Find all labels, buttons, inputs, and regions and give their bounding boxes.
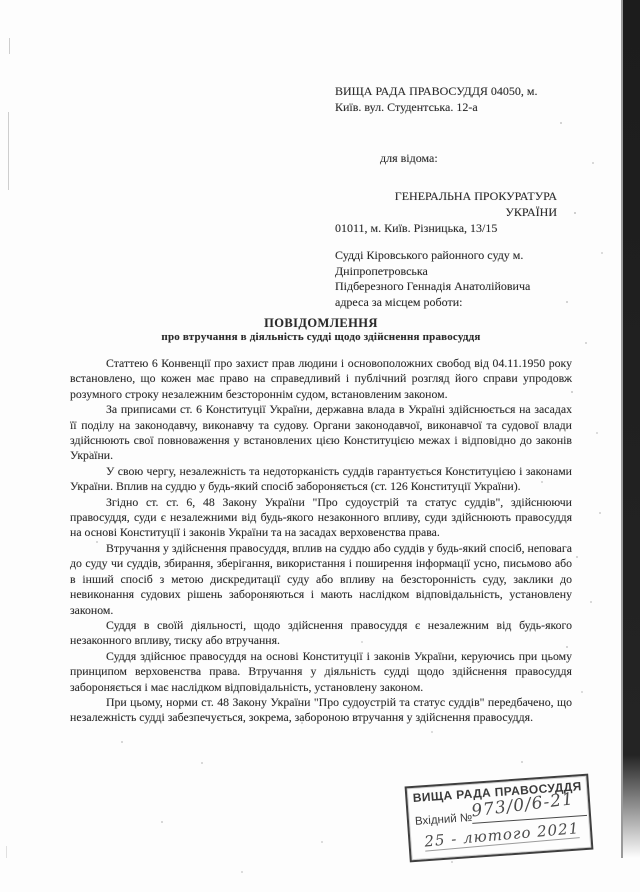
scan-speckles: [0, 0, 2, 2]
recipient-prosecutor-address: 01011, м. Київ. Різницька, 13/15: [335, 220, 557, 236]
body-paragraph: Втручання у здійснення правосуддя, вплив…: [70, 541, 572, 618]
scan-mark: [8, 112, 9, 190]
body-paragraph: Суддя здійснює правосуддя на основі Конс…: [70, 649, 572, 695]
recipient-judge-block: Судді Кіровського районного суду м. Дніп…: [335, 248, 615, 310]
recipient-judge-line: Дніпропетровська: [335, 264, 615, 280]
fyi-label: для відома:: [380, 151, 438, 166]
scanner-edge-shadow: [621, 0, 640, 858]
incoming-registration-stamp: ВИЩА РАДА ПРАВОСУДДЯ Вхідний № 973/0/6-2…: [405, 774, 594, 863]
scanned-document-page: ВИЩА РАДА ПРАВОСУДДЯ 04050, м. Київ. вул…: [0, 0, 640, 892]
document-subtitle: про втручання в діяльність судді щодо зд…: [70, 331, 572, 343]
recipient-prosecutor-name: УКРАЇНИ: [335, 204, 557, 220]
sender-address-line: Київ. вул. Студентська. 12-а: [335, 99, 615, 115]
body-paragraph: За приписами ст. 6 Конституції України, …: [70, 402, 572, 464]
body-paragraph: У свою чергу, незалежність та недоторкан…: [70, 464, 572, 495]
scan-mark: [6, 846, 7, 858]
recipient-judge-line: адреса за місцем роботи:: [335, 295, 615, 311]
body-paragraph: Суддя в своїй діяльності, щодо здійсненн…: [70, 618, 572, 649]
sender-address-line: ВИЩА РАДА ПРАВОСУДДЯ 04050, м.: [335, 83, 615, 99]
recipient-judge-line: Підберезного Геннадія Анатолійовича: [335, 279, 615, 295]
body-paragraph: Статтею 6 Конвенції про захист прав люди…: [70, 356, 572, 402]
document-title: ПОВІДОМЛЕННЯ: [70, 316, 572, 331]
sender-address-block: ВИЩА РАДА ПРАВОСУДДЯ 04050, м. Київ. вул…: [335, 83, 615, 115]
body-paragraph: При цьому, норми ст. 48 Закону України "…: [70, 695, 572, 726]
scan-mark: [9, 38, 10, 54]
recipient-prosecutor-block: ГЕНЕРАЛЬНА ПРОКУРАТУРА УКРАЇНИ 01011, м.…: [335, 188, 557, 236]
recipient-judge-line: Судді Кіровського районного суду м.: [335, 248, 615, 264]
document-body: Статтею 6 Конвенції про захист прав люди…: [70, 356, 572, 726]
recipient-prosecutor-name: ГЕНЕРАЛЬНА ПРОКУРАТУРА: [335, 188, 557, 204]
body-paragraph: Згідно ст. ст. 6, 48 Закону України "Про…: [70, 495, 572, 541]
